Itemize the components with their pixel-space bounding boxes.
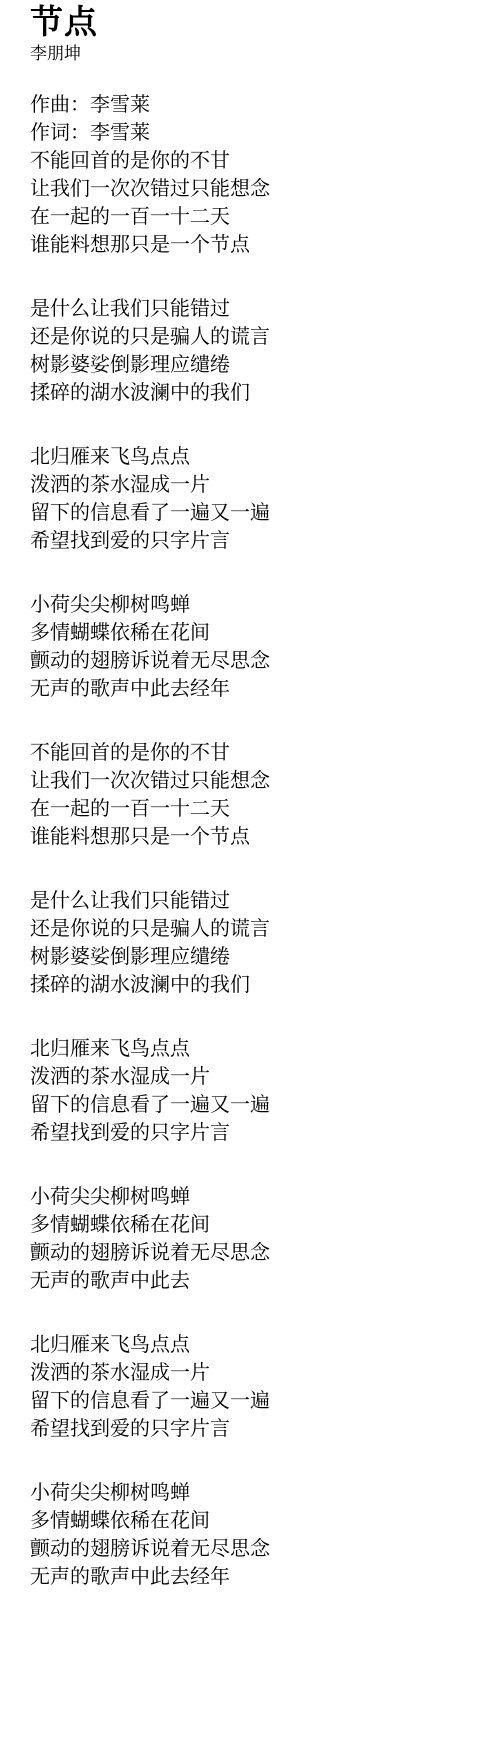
lyric-line: 谁能料想那只是一个节点 bbox=[30, 822, 480, 850]
lyric-line: 北归雁来飞鸟点点 bbox=[30, 442, 480, 470]
lyric-line: 不能回首的是你的不甘 bbox=[30, 738, 480, 766]
lyric-line: 还是你说的只是骗人的谎言 bbox=[30, 322, 480, 350]
lyric-line: 希望找到爱的只字片言 bbox=[30, 526, 480, 554]
lyric-stanza: 是什么让我们只能错过 还是你说的只是骗人的谎言 树影婆娑倒影理应缱绻 揉碎的湖水… bbox=[30, 294, 480, 406]
lyric-line: 是什么让我们只能错过 bbox=[30, 886, 480, 914]
lyric-stanza: 北归雁来飞鸟点点 泼洒的茶水湿成一片 留下的信息看了一遍又一遍 希望找到爱的只字… bbox=[30, 1034, 480, 1146]
lyric-line: 留下的信息看了一遍又一遍 bbox=[30, 498, 480, 526]
lyric-stanza: 北归雁来飞鸟点点 泼洒的茶水湿成一片 留下的信息看了一遍又一遍 希望找到爱的只字… bbox=[30, 1330, 480, 1442]
lyric-line: 揉碎的湖水波澜中的我们 bbox=[30, 970, 480, 998]
artist-name: 李朋坤 bbox=[30, 42, 480, 66]
lyric-line: 在一起的一百一十二天 bbox=[30, 794, 480, 822]
lyric-line: 颤动的翅膀诉说着无尽思念 bbox=[30, 1238, 480, 1266]
lyric-stanza: 小荷尖尖柳树鸣蝉 多情蝴蝶依稀在花间 颤动的翅膀诉说着无尽思念 无声的歌声中此去… bbox=[30, 1478, 480, 1590]
lyric-line: 不能回首的是你的不甘 bbox=[30, 146, 480, 174]
lyric-stanza: 北归雁来飞鸟点点 泼洒的茶水湿成一片 留下的信息看了一遍又一遍 希望找到爱的只字… bbox=[30, 442, 480, 554]
lyric-line: 泼洒的茶水湿成一片 bbox=[30, 1358, 480, 1386]
lyric-stanza: 小荷尖尖柳树鸣蝉 多情蝴蝶依稀在花间 颤动的翅膀诉说着无尽思念 无声的歌声中此去… bbox=[30, 590, 480, 702]
lyric-line: 泼洒的茶水湿成一片 bbox=[30, 470, 480, 498]
lyric-line: 北归雁来飞鸟点点 bbox=[30, 1034, 480, 1062]
song-title: 节点 bbox=[30, 2, 480, 42]
lyric-line: 小荷尖尖柳树鸣蝉 bbox=[30, 1182, 480, 1210]
lyric-line: 树影婆娑倒影理应缱绻 bbox=[30, 350, 480, 378]
lyric-line: 小荷尖尖柳树鸣蝉 bbox=[30, 590, 480, 618]
lyric-stanza: 作曲：李雪莱 作词：李雪莱 不能回首的是你的不甘 让我们一次次错过只能想念 在一… bbox=[30, 90, 480, 258]
lyric-line: 让我们一次次错过只能想念 bbox=[30, 766, 480, 794]
lyric-line: 多情蝴蝶依稀在花间 bbox=[30, 618, 480, 646]
lyric-line: 谁能料想那只是一个节点 bbox=[30, 230, 480, 258]
lyric-line: 还是你说的只是骗人的谎言 bbox=[30, 914, 480, 942]
lyric-line: 在一起的一百一十二天 bbox=[30, 202, 480, 230]
lyric-line: 无声的歌声中此去经年 bbox=[30, 1562, 480, 1590]
lyric-line: 泼洒的茶水湿成一片 bbox=[30, 1062, 480, 1090]
lyric-line: 揉碎的湖水波澜中的我们 bbox=[30, 378, 480, 406]
lyric-stanza: 是什么让我们只能错过 还是你说的只是骗人的谎言 树影婆娑倒影理应缱绻 揉碎的湖水… bbox=[30, 886, 480, 998]
lyric-line: 树影婆娑倒影理应缱绻 bbox=[30, 942, 480, 970]
lyric-line: 留下的信息看了一遍又一遍 bbox=[30, 1386, 480, 1414]
lyric-line: 多情蝴蝶依稀在花间 bbox=[30, 1506, 480, 1534]
lyric-line: 颤动的翅膀诉说着无尽思念 bbox=[30, 1534, 480, 1562]
lyric-line: 作词：李雪莱 bbox=[30, 118, 480, 146]
lyric-stanza: 小荷尖尖柳树鸣蝉 多情蝴蝶依稀在花间 颤动的翅膀诉说着无尽思念 无声的歌声中此去 bbox=[30, 1182, 480, 1294]
lyric-stanza: 不能回首的是你的不甘 让我们一次次错过只能想念 在一起的一百一十二天 谁能料想那… bbox=[30, 738, 480, 850]
lyric-line: 颤动的翅膀诉说着无尽思念 bbox=[30, 646, 480, 674]
lyric-line: 作曲：李雪莱 bbox=[30, 90, 480, 118]
lyric-line: 无声的歌声中此去经年 bbox=[30, 674, 480, 702]
lyric-line: 留下的信息看了一遍又一遍 bbox=[30, 1090, 480, 1118]
lyric-line: 多情蝴蝶依稀在花间 bbox=[30, 1210, 480, 1238]
lyrics-page: 节点 李朋坤 作曲：李雪莱 作词：李雪莱 不能回首的是你的不甘 让我们一次次错过… bbox=[0, 0, 500, 1750]
lyric-line: 无声的歌声中此去 bbox=[30, 1266, 480, 1294]
lyric-line: 是什么让我们只能错过 bbox=[30, 294, 480, 322]
lyrics-body: 作曲：李雪莱 作词：李雪莱 不能回首的是你的不甘 让我们一次次错过只能想念 在一… bbox=[30, 90, 480, 1590]
lyric-line: 北归雁来飞鸟点点 bbox=[30, 1330, 480, 1358]
lyric-line: 希望找到爱的只字片言 bbox=[30, 1118, 480, 1146]
lyric-line: 让我们一次次错过只能想念 bbox=[30, 174, 480, 202]
lyric-line: 小荷尖尖柳树鸣蝉 bbox=[30, 1478, 480, 1506]
lyric-line: 希望找到爱的只字片言 bbox=[30, 1414, 480, 1442]
